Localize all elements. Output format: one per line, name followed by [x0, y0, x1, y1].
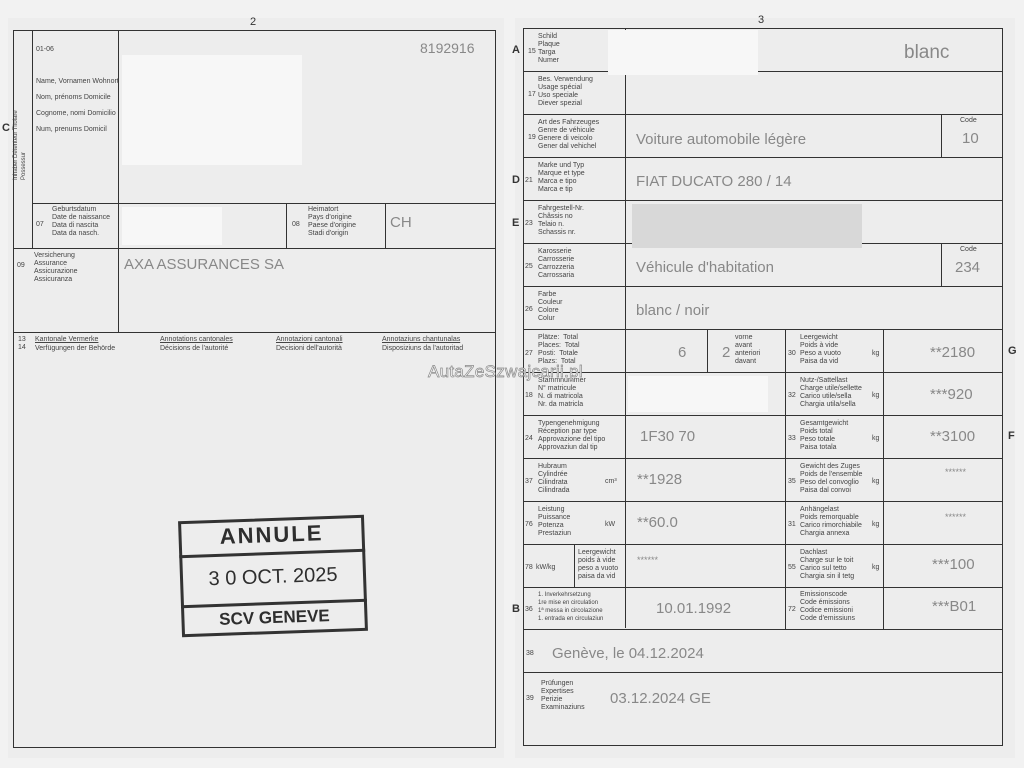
divider	[523, 672, 1003, 673]
row-21-labels: Marke und Typ Marque et type Marca e tip…	[538, 162, 585, 194]
annotations-rm: Annotaziuns chantunalas	[382, 336, 460, 344]
row-26-labels: Farbe Couleur Colore Colur	[538, 291, 563, 323]
redacted-birthdate	[122, 207, 222, 245]
field-35-unit: kg	[872, 478, 879, 485]
field-36-value: 10.01.1992	[656, 600, 731, 617]
field-30-unit: kg	[872, 350, 879, 357]
row-15-code: 15	[528, 48, 536, 55]
row-17-code: 17	[528, 91, 536, 98]
row-21-code: 21	[525, 177, 533, 184]
decisions-rm: Disposiziuns da l'autoritad	[382, 345, 463, 353]
field-09-value: AXA ASSURANCES SA	[124, 256, 284, 273]
field-76-value: **60.0	[637, 514, 678, 531]
field-37-labels: Hubraum Cylindrée Cilindrata Cilindrada	[538, 463, 570, 495]
serial-number: 8192916	[420, 40, 475, 56]
field-72-labels: Emissionscode Code émissions Codice emis…	[800, 591, 855, 623]
row-26-value: blanc / noir	[636, 302, 709, 319]
field-36-code: 36	[525, 606, 533, 613]
field-72-value: ***B01	[932, 598, 976, 615]
field-55-value: ***100	[932, 556, 975, 573]
field-07-labels: Geburtsdatum Date de naissance Data di n…	[52, 206, 110, 238]
divider	[523, 458, 1003, 459]
row-25-code-value: 234	[955, 259, 980, 276]
divider	[883, 329, 884, 629]
row-25-value: Véhicule d'habitation	[636, 259, 774, 276]
row-19-labels: Art des Fahrzeuges Genre de véhicule Gen…	[538, 119, 599, 151]
field-36-labels: 1. Inverkehrsetzung 1re mise en circulat…	[538, 591, 603, 623]
decisions-fr: Décisions de l'autorité	[160, 345, 228, 353]
section-letter-e: E	[512, 217, 519, 229]
field-07-code: 07	[36, 221, 44, 228]
row-15-labels: Schild Plaque Targa Numer	[538, 33, 560, 65]
field-08-value: CH	[390, 214, 412, 231]
field-08-labels: Heimatort Pays d'origine Paese d'origine…	[308, 206, 356, 238]
field-27-value: 6	[678, 344, 686, 361]
page-number-right: 3	[758, 14, 764, 26]
field-31-labels: Anhängelast Poids remorquable Carico rim…	[800, 506, 862, 538]
field-76-code: 76	[525, 521, 533, 528]
divider	[32, 203, 496, 204]
field-76-labels: Leistung Puissance Potenza Prestaziun	[538, 506, 571, 538]
field-27-code: 27	[525, 350, 533, 357]
divider	[32, 30, 33, 248]
field-24-labels: Typengenehmigung Réception par type Appr…	[538, 420, 605, 452]
row-25-code-label: Code	[960, 246, 977, 253]
row-21-value: FIAT DUCATO 280 / 14	[636, 173, 792, 190]
row-19-code: 19	[528, 134, 536, 141]
divider	[707, 329, 708, 372]
row-25-code: 25	[525, 263, 533, 270]
field-24-code: 24	[525, 435, 533, 442]
divider	[523, 286, 1003, 287]
divider	[523, 71, 1003, 72]
page-number-left: 2	[250, 16, 256, 28]
field-76-unit: kW	[605, 521, 615, 528]
field-78-pre: kW/kg	[536, 564, 555, 571]
field-55-unit: kg	[872, 564, 879, 571]
field-32-value: ***920	[930, 386, 973, 403]
field-37-code: 37	[525, 478, 533, 485]
divider	[523, 157, 1003, 158]
field-01-06-code: 01-06	[36, 46, 54, 54]
field-31-unit: kg	[872, 521, 879, 528]
annotations-it: Annotazioni cantonali	[276, 336, 343, 344]
field-27-sub-labels: vorne avant anteriori davant	[735, 334, 760, 366]
redacted-holder-name	[122, 55, 302, 165]
section-letter-c: C	[2, 122, 10, 134]
field-39-code: 39	[526, 695, 534, 702]
divider	[523, 629, 1003, 630]
decisions-it: Decisioni dell'autorità	[276, 345, 342, 353]
divider	[523, 544, 1003, 545]
exam-date: 03.12.2024 GE	[610, 690, 711, 707]
field-78-code: 78	[525, 564, 533, 571]
divider	[523, 372, 1003, 373]
holder-side-label: Inhaber Détenteur Titolare Possessur	[12, 90, 28, 180]
row-23-code: 23	[525, 220, 533, 227]
field-31-value: ******	[945, 512, 966, 522]
field-78-labels: Leergewicht poids à vide peso a vuoto pa…	[578, 549, 618, 581]
divider	[785, 329, 786, 629]
field-33-unit: kg	[872, 435, 879, 442]
field-35-labels: Gewicht des Zuges Poids de l'ensemble Pe…	[800, 463, 862, 495]
annotations-de: Kantonale Vermerke	[35, 336, 98, 344]
field-39-labels: Prüfungen Expertises Perizie Examinaziun…	[541, 680, 585, 712]
divider	[523, 114, 1003, 115]
redacted-chassis	[632, 204, 862, 248]
divider	[941, 243, 942, 286]
row-13-code: 13	[18, 336, 26, 343]
row-15-value: blanc	[904, 42, 949, 64]
divider	[625, 28, 626, 628]
field-08-code: 08	[292, 221, 300, 228]
row-19-code-value: 10	[962, 130, 979, 147]
annotations-fr: Annotations cantonales	[160, 336, 233, 344]
issue-place-date: Genève, le 04.12.2024	[552, 645, 704, 662]
field-30-value: **2180	[930, 344, 975, 361]
field-55-code: 55	[788, 564, 796, 571]
divider	[523, 329, 1003, 330]
field-33-value: **3100	[930, 428, 975, 445]
section-letter-d: D	[512, 174, 520, 186]
divider	[574, 544, 575, 587]
row-19-value: Voiture automobile légère	[636, 131, 806, 148]
row-26-code: 26	[525, 306, 533, 313]
redacted-matricule	[628, 376, 768, 412]
divider	[523, 501, 1003, 502]
field-01-06-labels: Name, Vornamen Wohnort Nom, prénoms Domi…	[36, 74, 119, 138]
field-32-unit: kg	[872, 392, 879, 399]
section-letter-a: A	[512, 44, 520, 56]
divider	[523, 415, 1003, 416]
field-32-labels: Nutz-/Sattellast Charge utile/sellette C…	[800, 377, 862, 409]
field-30-code: 30	[788, 350, 796, 357]
field-18-code: 18	[525, 392, 533, 399]
field-32-code: 32	[788, 392, 796, 399]
divider	[523, 200, 1003, 201]
field-33-code: 33	[788, 435, 796, 442]
field-31-code: 31	[788, 521, 796, 528]
field-35-value: ******	[945, 467, 966, 477]
row-19-code-label: Code	[960, 117, 977, 124]
decisions-de: Verfügungen der Behörde	[35, 345, 115, 353]
row-17-labels: Bes. Verwendung Usage spécial Uso specia…	[538, 76, 593, 108]
field-72-code: 72	[788, 606, 796, 613]
row-14-code: 14	[18, 344, 26, 351]
field-24-value: 1F30 70	[640, 428, 695, 445]
field-09-code: 09	[17, 262, 25, 269]
field-38-code: 38	[526, 650, 534, 657]
field-78-value: ******	[637, 555, 658, 565]
field-27-sub-value: 2	[722, 344, 730, 361]
section-letter-f: F	[1008, 430, 1015, 442]
watermark: AutaZeSzwajcarii.pl	[428, 362, 583, 382]
field-09-labels: Versicherung Assurance Assicurazione Ass…	[34, 252, 78, 284]
field-35-code: 35	[788, 478, 796, 485]
field-55-labels: Dachlast Charge sur le toit Carico sul t…	[800, 549, 854, 581]
section-letter-b: B	[512, 603, 520, 615]
field-33-labels: Gesamtgewicht Poids total Peso totale Pa…	[800, 420, 848, 452]
row-23-labels: Fahrgestell-Nr. Châssis no Telaio n. Sch…	[538, 205, 584, 237]
field-30-labels: Leergewicht Poids à vide Peso a vuoto Pa…	[800, 334, 841, 366]
divider	[385, 203, 386, 248]
field-37-unit: cm³	[605, 478, 617, 485]
field-37-value: **1928	[637, 471, 682, 488]
divider	[13, 248, 496, 249]
section-letter-g: G	[1008, 345, 1017, 357]
row-25-labels: Karosserie Carrosserie Carrozzeria Carro…	[538, 248, 574, 280]
divider	[286, 203, 287, 248]
divider	[13, 332, 496, 333]
divider	[523, 587, 1003, 588]
redacted-plate	[608, 30, 758, 75]
annulled-stamp: ANNULE 3 0 OCT. 2025 SCV GENEVE	[178, 515, 368, 637]
divider	[941, 114, 942, 157]
